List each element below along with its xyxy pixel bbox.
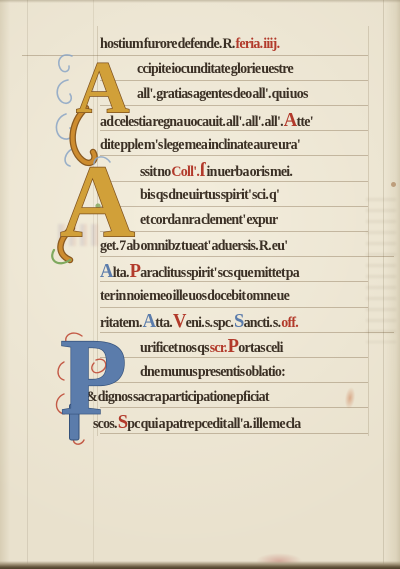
text-line: dne munus presentis oblatio: — [140, 361, 285, 383]
text-line: ssit no Coll'. ſ in uerba oris mei. — [140, 159, 292, 181]
text-line: urificet nos qs scr. Portas celi — [140, 335, 283, 357]
manuscript-page: hostium furore defende. R. feria. iiij.c… — [0, 0, 400, 569]
ruling-line — [100, 357, 368, 358]
text-segment: ter in noie meo ille uos docebit omne ue — [100, 288, 289, 304]
text-segment: off. — [281, 315, 298, 331]
ruling-line — [100, 130, 368, 131]
page-edge-bottom — [0, 561, 400, 569]
text-segment: pc qui a patre pcedit all'a. ille me cla — [127, 416, 300, 432]
text-line: all'. gratias agentes deo all'. qui uos — [137, 83, 308, 105]
text-segment: et corda nra clement' expur — [140, 212, 278, 228]
text-line: ter in noie meo ille uos docebit omne ue — [100, 285, 289, 307]
ruling-line — [100, 433, 368, 434]
illuminated-initial-assit: A — [46, 154, 146, 269]
text-segment: feria. iiij. — [235, 36, 279, 52]
versal-letter: P — [228, 335, 239, 357]
text-segment: ccipite iocunditate glorie uestre — [137, 61, 293, 77]
text-segment: ancti. s. — [244, 315, 282, 331]
text-segment: tta. — [155, 315, 173, 331]
versal-letter: A — [284, 109, 297, 131]
text-segment: bis qs dne uirtus spirit' sci. q' — [140, 187, 279, 203]
ruling-line — [100, 407, 368, 408]
versal-letter: V — [173, 310, 186, 332]
ruling-line — [100, 382, 368, 383]
ruling-line — [100, 80, 368, 81]
ruling-line — [100, 332, 394, 333]
initial-letter: A — [76, 47, 129, 129]
text-segment: dne munus presentis oblatio: — [140, 364, 285, 380]
text-segment: scr. — [210, 340, 228, 356]
illuminated-initial-purificet: P — [52, 330, 124, 448]
text-segment: tte' — [297, 114, 313, 130]
initial-letter: P — [60, 316, 127, 438]
text-segment: eni. s. spc. — [186, 315, 234, 331]
text-segment: ortas celi — [238, 340, 283, 356]
ruling-line — [100, 105, 368, 106]
text-segment: Coll'. — [171, 164, 200, 180]
versal-letter: A — [143, 310, 156, 332]
text-segment: all'. gratias agentes deo all'. qui uos — [137, 86, 308, 102]
ruling-line — [100, 307, 368, 308]
versal-letter: S — [234, 310, 244, 332]
text-segment: araclitus spirit' scs que mittet pa — [140, 265, 299, 281]
ruling-line — [100, 281, 368, 282]
text-segment: in uerba oris mei. — [206, 164, 292, 180]
text-segment: urificet nos qs — [140, 340, 210, 356]
text-line: et corda nra clement' expur — [140, 209, 278, 231]
stain — [391, 182, 396, 187]
text-line: ritatem. Atta. Veni. s. spc. Sancti. s. … — [100, 310, 298, 332]
initial-letter: A — [60, 144, 135, 259]
text-line: bis qs dne uirtus spirit' sci. q' — [140, 184, 279, 206]
text-line: ccipite iocunditate glorie uestre — [137, 58, 293, 80]
